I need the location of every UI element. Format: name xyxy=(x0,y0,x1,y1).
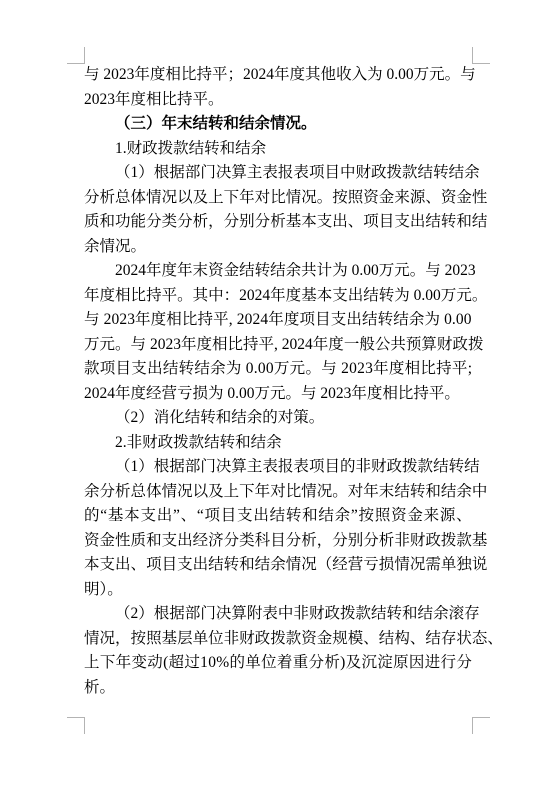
text-line: 2024年度年末资金结转结余共计为 0.00万元。与 2023 xyxy=(84,259,472,284)
text-line: 析。 xyxy=(84,676,472,701)
text-line: 情况，按照基层单位非财政拨款资金规模、结构、结存状态、 xyxy=(84,627,472,652)
text-line: 2.非财政拨款结转和结余 xyxy=(84,431,472,456)
text-line: （2）消化结转和结余的对策。 xyxy=(84,406,472,431)
text-line: 的“基本支出”、“项目支出结转和结余”按照资金来源、 xyxy=(84,504,472,529)
text-line: 万元。与 2023年度相比持平, 2024年度一般公共预算财政拨 xyxy=(84,333,472,358)
text-boundary-mark-bottom-right xyxy=(472,717,490,734)
text-line: 2024年度经营亏损为 0.00万元。与 2023年度相比持平。 xyxy=(84,382,472,407)
section-heading-line: （三）年末结转和结余情况。 xyxy=(84,112,472,137)
text-line: （1）根据部门决算主表报表项目中财政拨款结转结余 xyxy=(84,161,472,186)
text-line: 资金性质和支出经济分类科目分析，分别分析非财政拨款基 xyxy=(84,529,472,554)
text-line: 上下年变动(超过10%的单位着重分析)及沉淀原因进行分 xyxy=(84,651,472,676)
text-line: 余分析总体情况以及上下年对比情况。对年末结转和结余中 xyxy=(84,480,472,505)
text-line: 余情况。 xyxy=(84,235,472,260)
text-line: 质和功能分类分析，分别分析基本支出、项目支出结转和结 xyxy=(84,210,472,235)
text-line: 与 2023年度相比持平, 2024年度项目支出结转结余为 0.00 xyxy=(84,308,472,333)
text-line: （2）根据部门决算附表中非财政拨款结转和结余滚存 xyxy=(84,602,472,627)
text-line: 1.财政拨款结转和结余 xyxy=(84,137,472,162)
text-line: 明）。 xyxy=(84,578,472,603)
text-line: 2023年度相比持平。 xyxy=(84,88,472,113)
text-block: 与 2023年度相比持平；2024年度其他收入为 0.00万元。与2023年度相… xyxy=(84,63,472,700)
text-line: 本支出、项目支出结转和结余情况（经营亏损情况需单独说 xyxy=(84,553,472,578)
document-page: 与 2023年度相比持平；2024年度其他收入为 0.00万元。与2023年度相… xyxy=(0,0,552,785)
text-line: 与 2023年度相比持平；2024年度其他收入为 0.00万元。与 xyxy=(84,63,472,88)
text-line: 年度相比持平。其中：2024年度基本支出结转为 0.00万元。 xyxy=(84,284,472,309)
text-boundary-mark-bottom-left xyxy=(67,717,85,734)
text-boundary-mark-top-left xyxy=(67,47,85,64)
text-line: 款项目支出结转结余为 0.00万元。与 2023年度相比持平; xyxy=(84,357,472,382)
text-line: （1）根据部门决算主表报表项目的非财政拨款结转结 xyxy=(84,455,472,480)
text-line: 分析总体情况以及上下年对比情况。按照资金来源、资金性 xyxy=(84,186,472,211)
text-boundary-mark-top-right xyxy=(472,47,490,64)
